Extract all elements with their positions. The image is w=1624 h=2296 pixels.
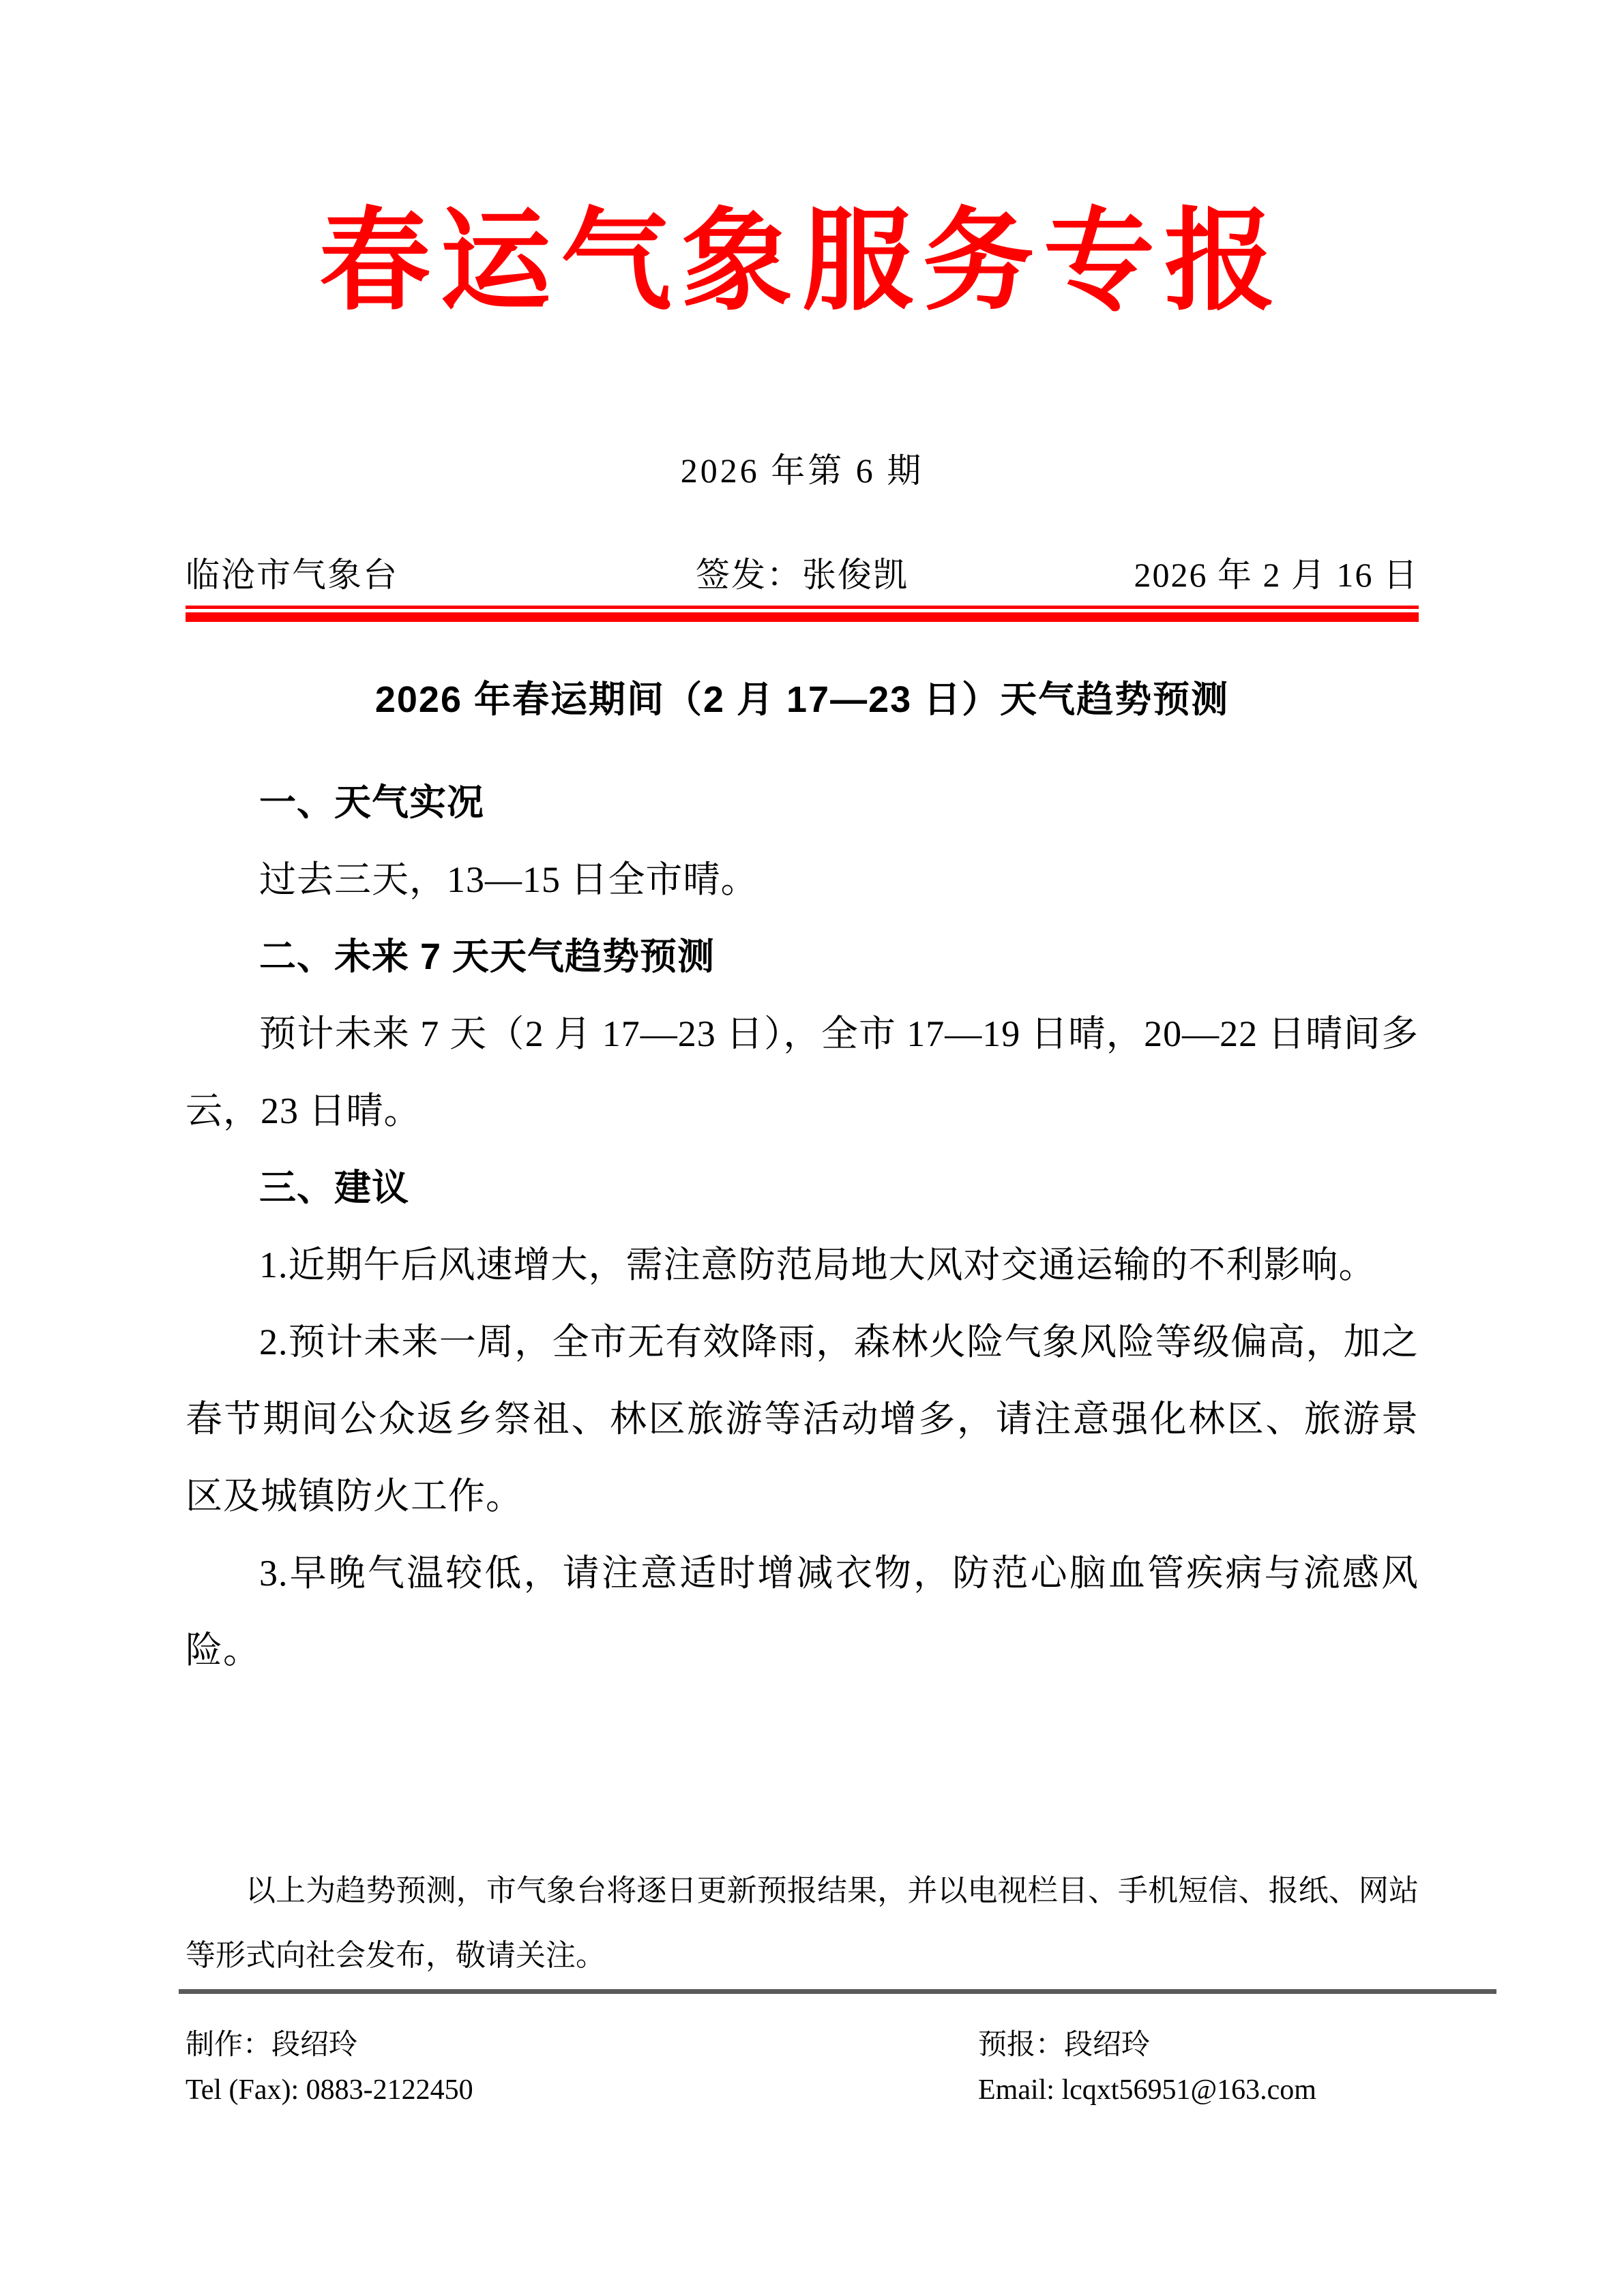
paragraph-7day-forecast: 预计未来 7 天（2 月 17—23 日），全市 17—19 日晴，20—22 … (186, 996, 1419, 1150)
paragraph-suggestion-2: 2.预计未来一周，全市无有效降雨，森林火险气象风险等级偏高，加之春节期间公众返乡… (186, 1304, 1419, 1535)
report-body: 一、天气实况 过去三天，13—15 日全市晴。 二、未来 7 天天气趋势预测 预… (186, 764, 1419, 1689)
paragraph-suggestion-1: 1.近期午后风速增大，需注意防范局地大风对交通运输的不利影响。 (186, 1227, 1419, 1304)
section-heading-7day-forecast: 二、未来 7 天天气趋势预测 (186, 919, 1419, 996)
footer-divider (179, 1989, 1496, 1994)
footer-tel: Tel (Fax): 0883-2122450 (186, 2068, 978, 2113)
footer-forecaster: 预报：段绍玲 (978, 2023, 1419, 2068)
issue-number: 2026 年第 6 期 (186, 447, 1419, 494)
issuing-office: 临沧市气象台 (186, 548, 398, 602)
section-heading-suggestions: 三、建议 (186, 1150, 1419, 1227)
footer-maker: 制作：段绍玲 (186, 2023, 978, 2068)
footer: 制作：段绍玲 预报：段绍玲 Tel (Fax): 0883-2122450 Em… (186, 2023, 1419, 2113)
issuer-row: 临沧市气象台 签发：张俊凯 2026 年 2 月 16 日 (186, 548, 1419, 602)
closing-note: 以上为趋势预测，市气象台将逐日更新预报结果，并以电视栏目、手机短信、报纸、网站等… (186, 1858, 1419, 1988)
masthead-title: 春运气象服务专报 (186, 201, 1419, 324)
paragraph-weather-facts: 过去三天，13—15 日全市晴。 (186, 841, 1419, 919)
footer-email: Email: lcqxt56951@163.com (978, 2068, 1419, 2113)
report-title: 2026 年春运期间（2 月 17—23 日）天气趋势预测 (186, 661, 1419, 739)
issue-date: 2026 年 2 月 16 日 (1134, 548, 1419, 602)
signer-line: 签发：张俊凯 (696, 548, 909, 602)
paragraph-suggestion-3: 3.早晚气温较低，请注意适时增减衣物，防范心脑血管疾病与流感风险。 (186, 1535, 1419, 1689)
red-double-rule (186, 606, 1419, 622)
document-page: 春运气象服务专报 2026 年第 6 期 临沧市气象台 签发：张俊凯 2026 … (0, 0, 1624, 2296)
section-heading-weather-facts: 一、天气实况 (186, 764, 1419, 841)
